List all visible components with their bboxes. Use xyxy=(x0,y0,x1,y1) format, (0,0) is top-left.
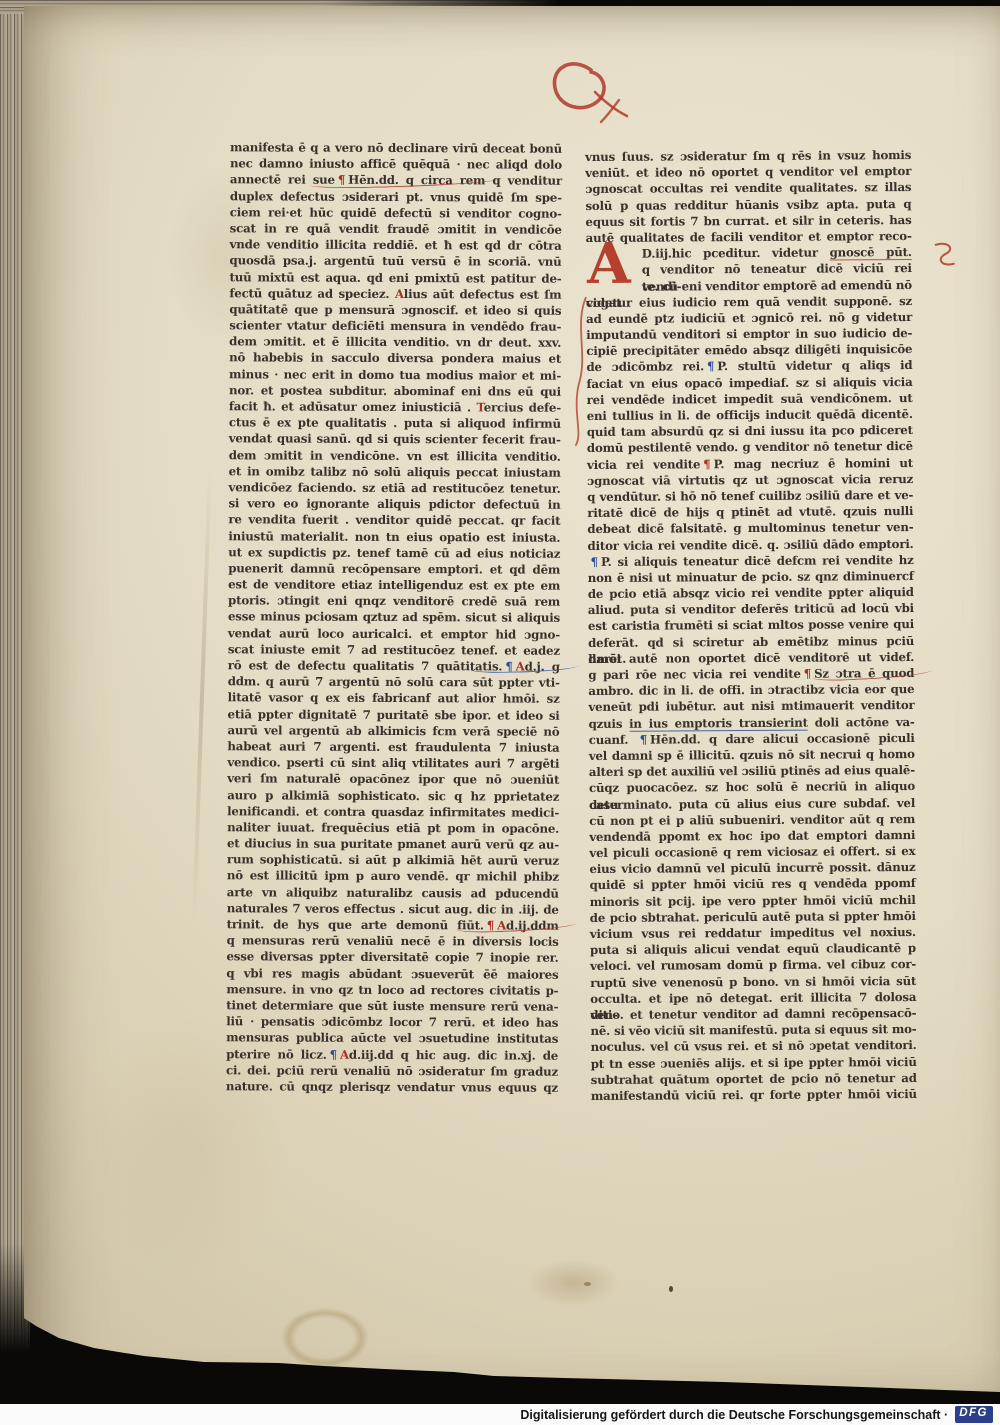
text-line: minus · nec erit in domo tua modius maio… xyxy=(229,366,561,384)
text-line: mensure. in vno qz tn loco ad rectores c… xyxy=(226,981,558,999)
text-line: ¶P. si aliquis teneatur dicē defcm rei v… xyxy=(588,552,914,570)
text-line: duplex defectus ɔsiderari pt. vnus quidē… xyxy=(230,188,562,206)
text-line: cūqz puocacōez. sz hoc solū ē necriū in … xyxy=(589,778,915,796)
text-line: scienter vtatur deficiēti mensura in ven… xyxy=(229,317,561,335)
text-line: noculus. vel cū vsus rei. et si nō ɔpeta… xyxy=(591,1037,917,1055)
text-line: subtrahat quātum oportet de pcio nō tene… xyxy=(591,1070,917,1088)
text-line: ci. dei. pciū rerū venaliū nō ɔsideratur… xyxy=(226,1062,558,1080)
parchment-crease xyxy=(192,466,212,926)
text-line: facit ħ. et adūsatur omez iniusticiā . T… xyxy=(229,398,561,416)
parchment-stain xyxy=(508,1250,638,1316)
text-line: vicia rei vendite¶P. mag necriuz ē homin… xyxy=(587,455,913,473)
text-line: de pcio sbtrahat. periculū autē puta si … xyxy=(590,908,916,926)
text-line: tinet determiare que sūt iuste mensure r… xyxy=(226,997,558,1015)
parchment-fleck xyxy=(669,1286,673,1292)
text-line: q vendūtur. si hō nō tenef cuilibz ɔsili… xyxy=(587,487,913,505)
pilcrow-red-icon: ¶ xyxy=(801,667,814,681)
parchment-fleck xyxy=(584,1282,591,1286)
red-swash xyxy=(812,667,932,682)
text-line: ɔgnoscat viā virtutis qz ut ɔgnoscat vic… xyxy=(587,471,913,489)
text-line: vel piculi occasionē q rem viciosaz ei o… xyxy=(589,843,915,861)
text-line: nō est illicitū ipm p auro vendē. qr mic… xyxy=(227,868,559,886)
text-line: ad eundē ptz iudiciū et ɔgnicō rei. nō g… xyxy=(586,309,912,327)
text-line: si vero eo ignorante aliquis pdictor def… xyxy=(228,495,560,513)
text-line: cuanf. ¶Hēn.dd. q dare alicui occasionē … xyxy=(589,730,915,748)
text-line: occulta. et ipe nō detegat. erit illicit… xyxy=(590,989,916,1007)
text-line: domū pestilentē vendo. g venditor nō ten… xyxy=(587,438,913,456)
text-line: scat in re quā vendit fraudē ɔmitit in v… xyxy=(230,220,562,238)
text-line: vendico. pserti cū sint aliq vtilitates … xyxy=(227,754,559,772)
text-line: naturales 7 veros effectus . sicut aug. … xyxy=(227,900,559,918)
text-line: fectū quātuz ad speciez. Alius aūt defec… xyxy=(229,285,561,303)
text-line: nō habebis in sacculo diversa pondera ma… xyxy=(229,350,561,368)
text-line: annectē rei sue¶Hēn.dd. q circa rem q ve… xyxy=(230,172,562,190)
text-line: rum sophisticatū. si aūt p alkimiā hēt a… xyxy=(227,852,559,870)
text-line: aurū vel argentū ab alkimicis fcm verā s… xyxy=(227,722,559,740)
text-line: hmōi autē non oportet dicē venditorē ut … xyxy=(588,649,914,667)
text-line: quātitatē que p mensurā ɔgnoscif. et ide… xyxy=(229,301,561,319)
text-line: naliter iuuat. frequēcius etiā pt pom in… xyxy=(227,819,559,837)
blue-swash xyxy=(470,662,580,673)
pilcrow-blue-icon: ¶ xyxy=(637,732,650,746)
text-line: ddm. q aurū 7 argentū nō solū cara sūt p… xyxy=(228,673,560,691)
text-line: vnde venditio illicita reddiē. et ħ est … xyxy=(230,236,562,254)
pilcrow-red-icon: ¶ xyxy=(335,173,348,187)
text-line: minoris sit pcij. ipe vero ppter hmōi vi… xyxy=(590,892,916,910)
text-line: aliud. puta si venditor deferēs triticū … xyxy=(588,600,914,618)
text-line: solū p quas redditur hūanis vsibz apta. … xyxy=(585,196,911,214)
text-line: nature. cū qnqz plerisqz vendatur vnus e… xyxy=(226,1078,558,1096)
text-line: ptoris. ɔtingit eni qnqz venditorē credē… xyxy=(228,593,560,611)
pilcrow-red-icon: ¶ xyxy=(700,457,713,471)
text-line: arte vn aliquibz naturalibz causis ad pd… xyxy=(227,884,559,902)
text-line: ctus ē ex pte qualitatis . puta si aliqu… xyxy=(229,414,561,432)
text-line: vendicōez faciendo. sz etiā ad restitucō… xyxy=(229,479,561,497)
text-line: nor. et postea subditur. abominaf eni dn… xyxy=(229,382,561,400)
text-line: est caristia frumēti si sciat mltos poss… xyxy=(588,616,914,634)
pilcrow-blue-icon: ¶ xyxy=(502,659,515,673)
text-line: esse diversas ppter diversitatē copie 7 … xyxy=(226,949,558,967)
text-line: nec damno iniusto afficē quēquā · nec al… xyxy=(230,155,562,173)
text-line: vel damni sp ē illicitū. qzuis nō sit ne… xyxy=(589,746,915,764)
text-line: ɔgnoscat occultas rei vendite qualitates… xyxy=(585,179,911,197)
parchment-ring-stain xyxy=(270,1300,380,1376)
text-line: et diucius in sua puritate pmanet aurū v… xyxy=(227,835,559,853)
text-line: deferāt. qd si sciretur ab emētibz minus… xyxy=(588,633,914,651)
text-line: liū · pensatis ɔdicōmbz locor 7 rerū. et… xyxy=(226,1013,558,1031)
pilcrow-blue-icon: ¶ xyxy=(327,1047,340,1061)
text-line: trinit. de hys que arte demonū fiūt.¶Ad.… xyxy=(227,916,559,934)
text-line: scat iniuste emit 7 ad restitucōez tenef… xyxy=(228,641,560,659)
text-line: cipiē precipitāter emēdo absqz diligēti … xyxy=(586,341,912,359)
text-line: habeat auri 7 argenti. est fraudulenta 7… xyxy=(227,738,559,756)
text-line: ruptū sive venenosū p bono. vn si hmōi v… xyxy=(590,973,916,991)
text-line: q mensuras rerū venaliū necē ē in divers… xyxy=(227,932,559,950)
text-line: auro p alkimiā sophisticato. sic q hz pp… xyxy=(227,787,559,805)
text-line: nē. si vēo viciū sit manifestū. puta si … xyxy=(590,1021,916,1039)
text-line: non ē nisi ut minuatur de pcio. sz qnz d… xyxy=(588,568,914,586)
text-line: vnus ſuus. sz ɔsideratur ſm q rēs in vsu… xyxy=(585,147,911,165)
text-line: veloci. vel rumosam domū p firma. vel ci… xyxy=(590,956,916,974)
text-line: de ɔdicōmbz rei.¶P. stultū videtur q ali… xyxy=(586,357,912,375)
text-line: veri ſm naturalē opacōnez ipor que nō ɔu… xyxy=(227,771,559,789)
text-line: videtur eius iudicio rem quā vendit supp… xyxy=(586,293,912,311)
text-line: iniustū materialit. non tn eius opatio e… xyxy=(228,528,560,546)
text-line: esse minus pciosam qztuz ad spēm. sicut … xyxy=(228,609,560,627)
text-line: alteri sp det auxiliū vel ɔsiliū ptinēs … xyxy=(589,762,915,780)
text-line: te. cū eni venditor emptorē ad emendū nō… xyxy=(586,277,912,295)
text-line: debeat dicē falsitatē. g multominus tene… xyxy=(587,519,913,537)
text-line: imputandū venditori si emptor in suo iud… xyxy=(586,325,912,343)
parchment-leaf: manifesta ē q a vero nō declinare virū d… xyxy=(24,6,1000,1404)
text-line: veneūt pdi iubētur. aut nisi mtimauerit … xyxy=(588,697,914,715)
text-line: est de venditore etiaz intelligenduz est… xyxy=(228,576,560,594)
text-line: rei vendēde indicet impedit suā vendicōn… xyxy=(587,390,913,408)
text-line: q venditor nō teneatur dicē viciū rei ve… xyxy=(586,260,912,278)
text-line: ritatē dicē de hijs q ptinēt ad vtutē. q… xyxy=(587,503,913,521)
text-line: veniūt. et ideo nō oportet q venditor ve… xyxy=(585,163,911,181)
text-line: puta si aliquis alicui vendat equū claud… xyxy=(590,940,916,958)
red-swash xyxy=(457,920,577,934)
text-line: q vbi res magis abūdant ɔsueverūt ēē mai… xyxy=(226,965,558,983)
text-line: equus sit fortis 7 bn currat. et silr in… xyxy=(585,212,911,230)
pilcrow-blue-icon: ¶ xyxy=(704,360,717,374)
text-line: etiā ppter dignitatē 7 puritatē sbe ipor… xyxy=(228,706,560,724)
text-line: pterire nō licz.¶Ad.iij.dd q hic aug. di… xyxy=(226,1046,558,1064)
text-line: g pari rōe nec vicia rei vendite¶Sz ɔtra… xyxy=(588,665,914,683)
text-line: ambro. dic in li. de offi. in ɔtractibz … xyxy=(588,681,914,699)
text-line: mensuras publica aūcte vel ɔsuetudine in… xyxy=(226,1030,558,1048)
text-line: ut ex supdictis pz. tenef tamē cū ad eiu… xyxy=(228,544,560,562)
text-line: determinato. puta cū alius eius cure sub… xyxy=(589,795,915,813)
text-line: eni tullius in li. de officijs inducit q… xyxy=(587,406,913,424)
text-column-left: manifesta ē q a vero nō declinare virū d… xyxy=(226,139,562,1096)
text-line: ciem rei·et hūc quidē defectū si vendito… xyxy=(230,204,562,222)
text-line: vicium vsus rei reddatur impeditus vel n… xyxy=(590,924,916,942)
text-line: pt tn esse ɔueniēs alijs. et si ipe ppte… xyxy=(591,1053,917,1071)
text-line: faciat vn eius opacō impediaf. sz si ali… xyxy=(586,374,912,392)
text-line: vendendā ppomt ex hoc ipo dat emptori da… xyxy=(589,827,915,845)
text-line: qzuis in ius emptoris transierint doli a… xyxy=(589,714,915,732)
text-line: re vendita fuerit . venditor quidē pecca… xyxy=(228,512,560,530)
text-line: vendat quasi sanū. qd si quis scienter f… xyxy=(229,431,561,449)
text-line: quidē si ppter hmōi viciū res q vendēda … xyxy=(590,875,916,893)
text-line: eius vicio damnū vel piculū incurrē poss… xyxy=(589,859,915,877)
text-line: manifestandū viciū rei. qr forte ppter h… xyxy=(591,1086,917,1104)
text-line: tuū mixtū est aqua. qd eni pmixtū est pa… xyxy=(229,269,561,287)
red-folio-mark xyxy=(545,56,645,126)
text-column-right: vnus ſuus. sz ɔsideratur ſm q rēs in vsu… xyxy=(585,147,917,1104)
red-margin-squiggle xyxy=(932,241,962,271)
text-line: ditor vicia rei vendite dicē. q. ɔsiliū … xyxy=(587,536,913,554)
text-line: manifesta ē q a vero nō declinare virū d… xyxy=(230,139,562,157)
dfg-logo: DFG xyxy=(955,1406,993,1423)
pilcrow-blue-icon: ¶ xyxy=(588,555,601,569)
text-line: quosdā psa.j. argentū tuū versū ē in sco… xyxy=(230,253,562,271)
text-line: de pcio etiā absqz vicio rei vendite ppt… xyxy=(588,584,914,602)
text-line: rō est de defectu qualitatis 7 quātitati… xyxy=(228,657,560,675)
watermark-text: Digitalisierung gefördert durch die Deut… xyxy=(520,1408,948,1422)
text-line: AD.iij.hic pceditur. videtur gnoscē pūt. xyxy=(586,244,912,262)
text-line: dem ɔmitit. et ē illicita venditio. vn d… xyxy=(229,334,561,352)
text-line: litatē vasor q ex eis fabricanf aut alio… xyxy=(228,690,560,708)
text-line: lenificandi. et contra quasdaz infirmita… xyxy=(227,803,559,821)
text-line: puenerit damnū recōpensare emptori. et q… xyxy=(228,560,560,578)
text-line: cū non pt ei p aliū subueniri. venditor … xyxy=(589,811,915,829)
text-line: ditio. et tenetur venditor ad damni recō… xyxy=(590,1005,916,1023)
text-line: et in omibz talibz nō solū aliquis pecca… xyxy=(229,463,561,481)
digitization-watermark-bar: Digitalisierung gefördert durch die Deut… xyxy=(0,1404,1000,1425)
text-line: dem ɔmitit in vendicōne. vn est illicita… xyxy=(229,447,561,465)
text-line: vendat aurū loco auricalci. et emptor hi… xyxy=(228,625,560,643)
pilcrow-red-icon: ¶ xyxy=(484,918,497,932)
scanned-book-page: manifesta ē q a vero nō declinare virū d… xyxy=(0,0,1000,1425)
text-line: quid tam absurdū qz si dni iussu ita pco… xyxy=(587,422,913,440)
